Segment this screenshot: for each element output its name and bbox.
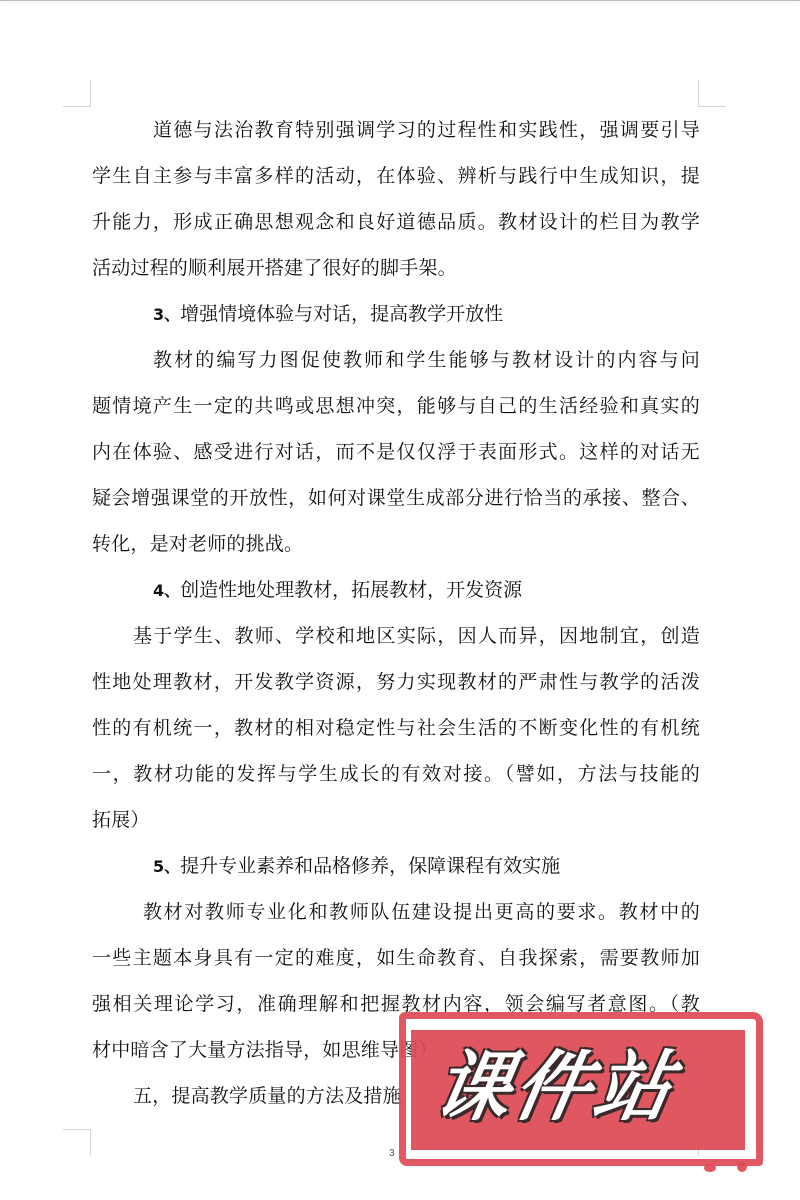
text-line: 材中暗含了大量方法指导，如思维导图） bbox=[92, 1027, 700, 1073]
margin-corner-mark-top-left bbox=[63, 80, 91, 107]
section-heading-5: 5、提升专业素养和品格修养，保障课程有效实施 bbox=[92, 843, 700, 889]
text-line: 一些主题本身具有一定的难度，如生命教育、自我探索，需要教师加 bbox=[92, 935, 700, 981]
text-line: 活动过程的顺利展开搭建了很好的脚手架。 bbox=[92, 245, 700, 291]
paragraph: 教材的编写力图促使教师和学生能够与教材设计的内容与问 题情境产生一定的共鸣或思想… bbox=[92, 337, 700, 567]
heading-text: 创造性地处理教材，拓展教材，开发资源 bbox=[180, 579, 522, 601]
paragraph: 教材对教师专业化和教师队伍建设提出更高的要求。教材中的 一些主题本身具有一定的难… bbox=[92, 889, 700, 1073]
text-line: 疑会增强课堂的开放性，如何对课堂生成部分进行恰当的承接、整合、 bbox=[92, 475, 700, 521]
section-heading-3: 3、增强情境体验与对话，提高教学开放性 bbox=[92, 291, 700, 337]
margin-corner-mark-bottom-right bbox=[698, 1129, 726, 1156]
heading-text: 提升专业素养和品格修养，保障课程有效实施 bbox=[180, 855, 560, 877]
paragraph: 基于学生、教师、学校和地区实际，因人而异，因地制宜，创造 性地处理教材，开发教学… bbox=[92, 613, 700, 843]
stamp-ink-dot bbox=[737, 1162, 747, 1172]
margin-corner-mark-bottom-left bbox=[63, 1129, 91, 1156]
text-line: 强相关理论学习，准确理解和把握教材内容，领会编写者意图。（教 bbox=[92, 981, 700, 1027]
paragraph: 道德与法治教育特别强调学习的过程性和实践性，强调要引导 学生自主参与丰富多样的活… bbox=[92, 107, 700, 291]
section-heading-4: 4、创造性地处理教材，拓展教材，开发资源 bbox=[92, 567, 700, 613]
text-line: 转化，是对老师的挑战。 bbox=[92, 521, 700, 567]
page-top-edge bbox=[0, 0, 800, 1]
text-line: 性地处理教材，开发教学资源，努力实现教材的严肃性与教学的活泼 bbox=[92, 659, 700, 705]
text-line: 一，教材功能的发挥与学生成长的有效对接。（譬如，方法与技能的 bbox=[92, 751, 700, 797]
text-line: 题情境产生一定的共鸣或思想冲突，能够与自己的生活经验和真实的 bbox=[92, 383, 700, 429]
heading-text: 增强情境体验与对话，提高教学开放性 bbox=[180, 303, 503, 325]
stamp-ink-dot bbox=[704, 1164, 716, 1172]
text-line: 教材的编写力图促使教师和学生能够与教材设计的内容与问 bbox=[92, 337, 700, 383]
heading-number: 3、 bbox=[153, 305, 180, 324]
margin-corner-mark-top-right bbox=[698, 80, 726, 107]
text-line: 教材对教师专业化和教师队伍建设提出更高的要求。教材中的 bbox=[92, 889, 700, 935]
text-line: 道德与法治教育特别强调学习的过程性和实践性，强调要引导 bbox=[92, 107, 700, 153]
text-line: 基于学生、教师、学校和地区实际，因人而异，因地制宜，创造 bbox=[92, 613, 700, 659]
text-line: 拓展） bbox=[92, 797, 700, 843]
text-line: 学生自主参与丰富多样的活动，在体验、辨析与践行中生成知识，提 bbox=[92, 153, 700, 199]
text-line: 内在体验、感受进行对话，而不是仅仅浮于表面形式。这样的对话无 bbox=[92, 429, 700, 475]
heading-number: 4、 bbox=[153, 581, 180, 600]
page-number: 3 bbox=[389, 1148, 395, 1159]
text-line: 性的有机统一，教材的相对稳定性与社会生活的不断变化性的有机统 bbox=[92, 705, 700, 751]
document-body: 道德与法治教育特别强调学习的过程性和实践性，强调要引导 学生自主参与丰富多样的活… bbox=[92, 107, 700, 1119]
section-title-five: 五，提高教学质量的方法及措施 bbox=[92, 1073, 700, 1119]
heading-number: 5、 bbox=[153, 857, 180, 876]
text-line: 升能力，形成正确思想观念和良好道德品质。教材设计的栏目为教学 bbox=[92, 199, 700, 245]
